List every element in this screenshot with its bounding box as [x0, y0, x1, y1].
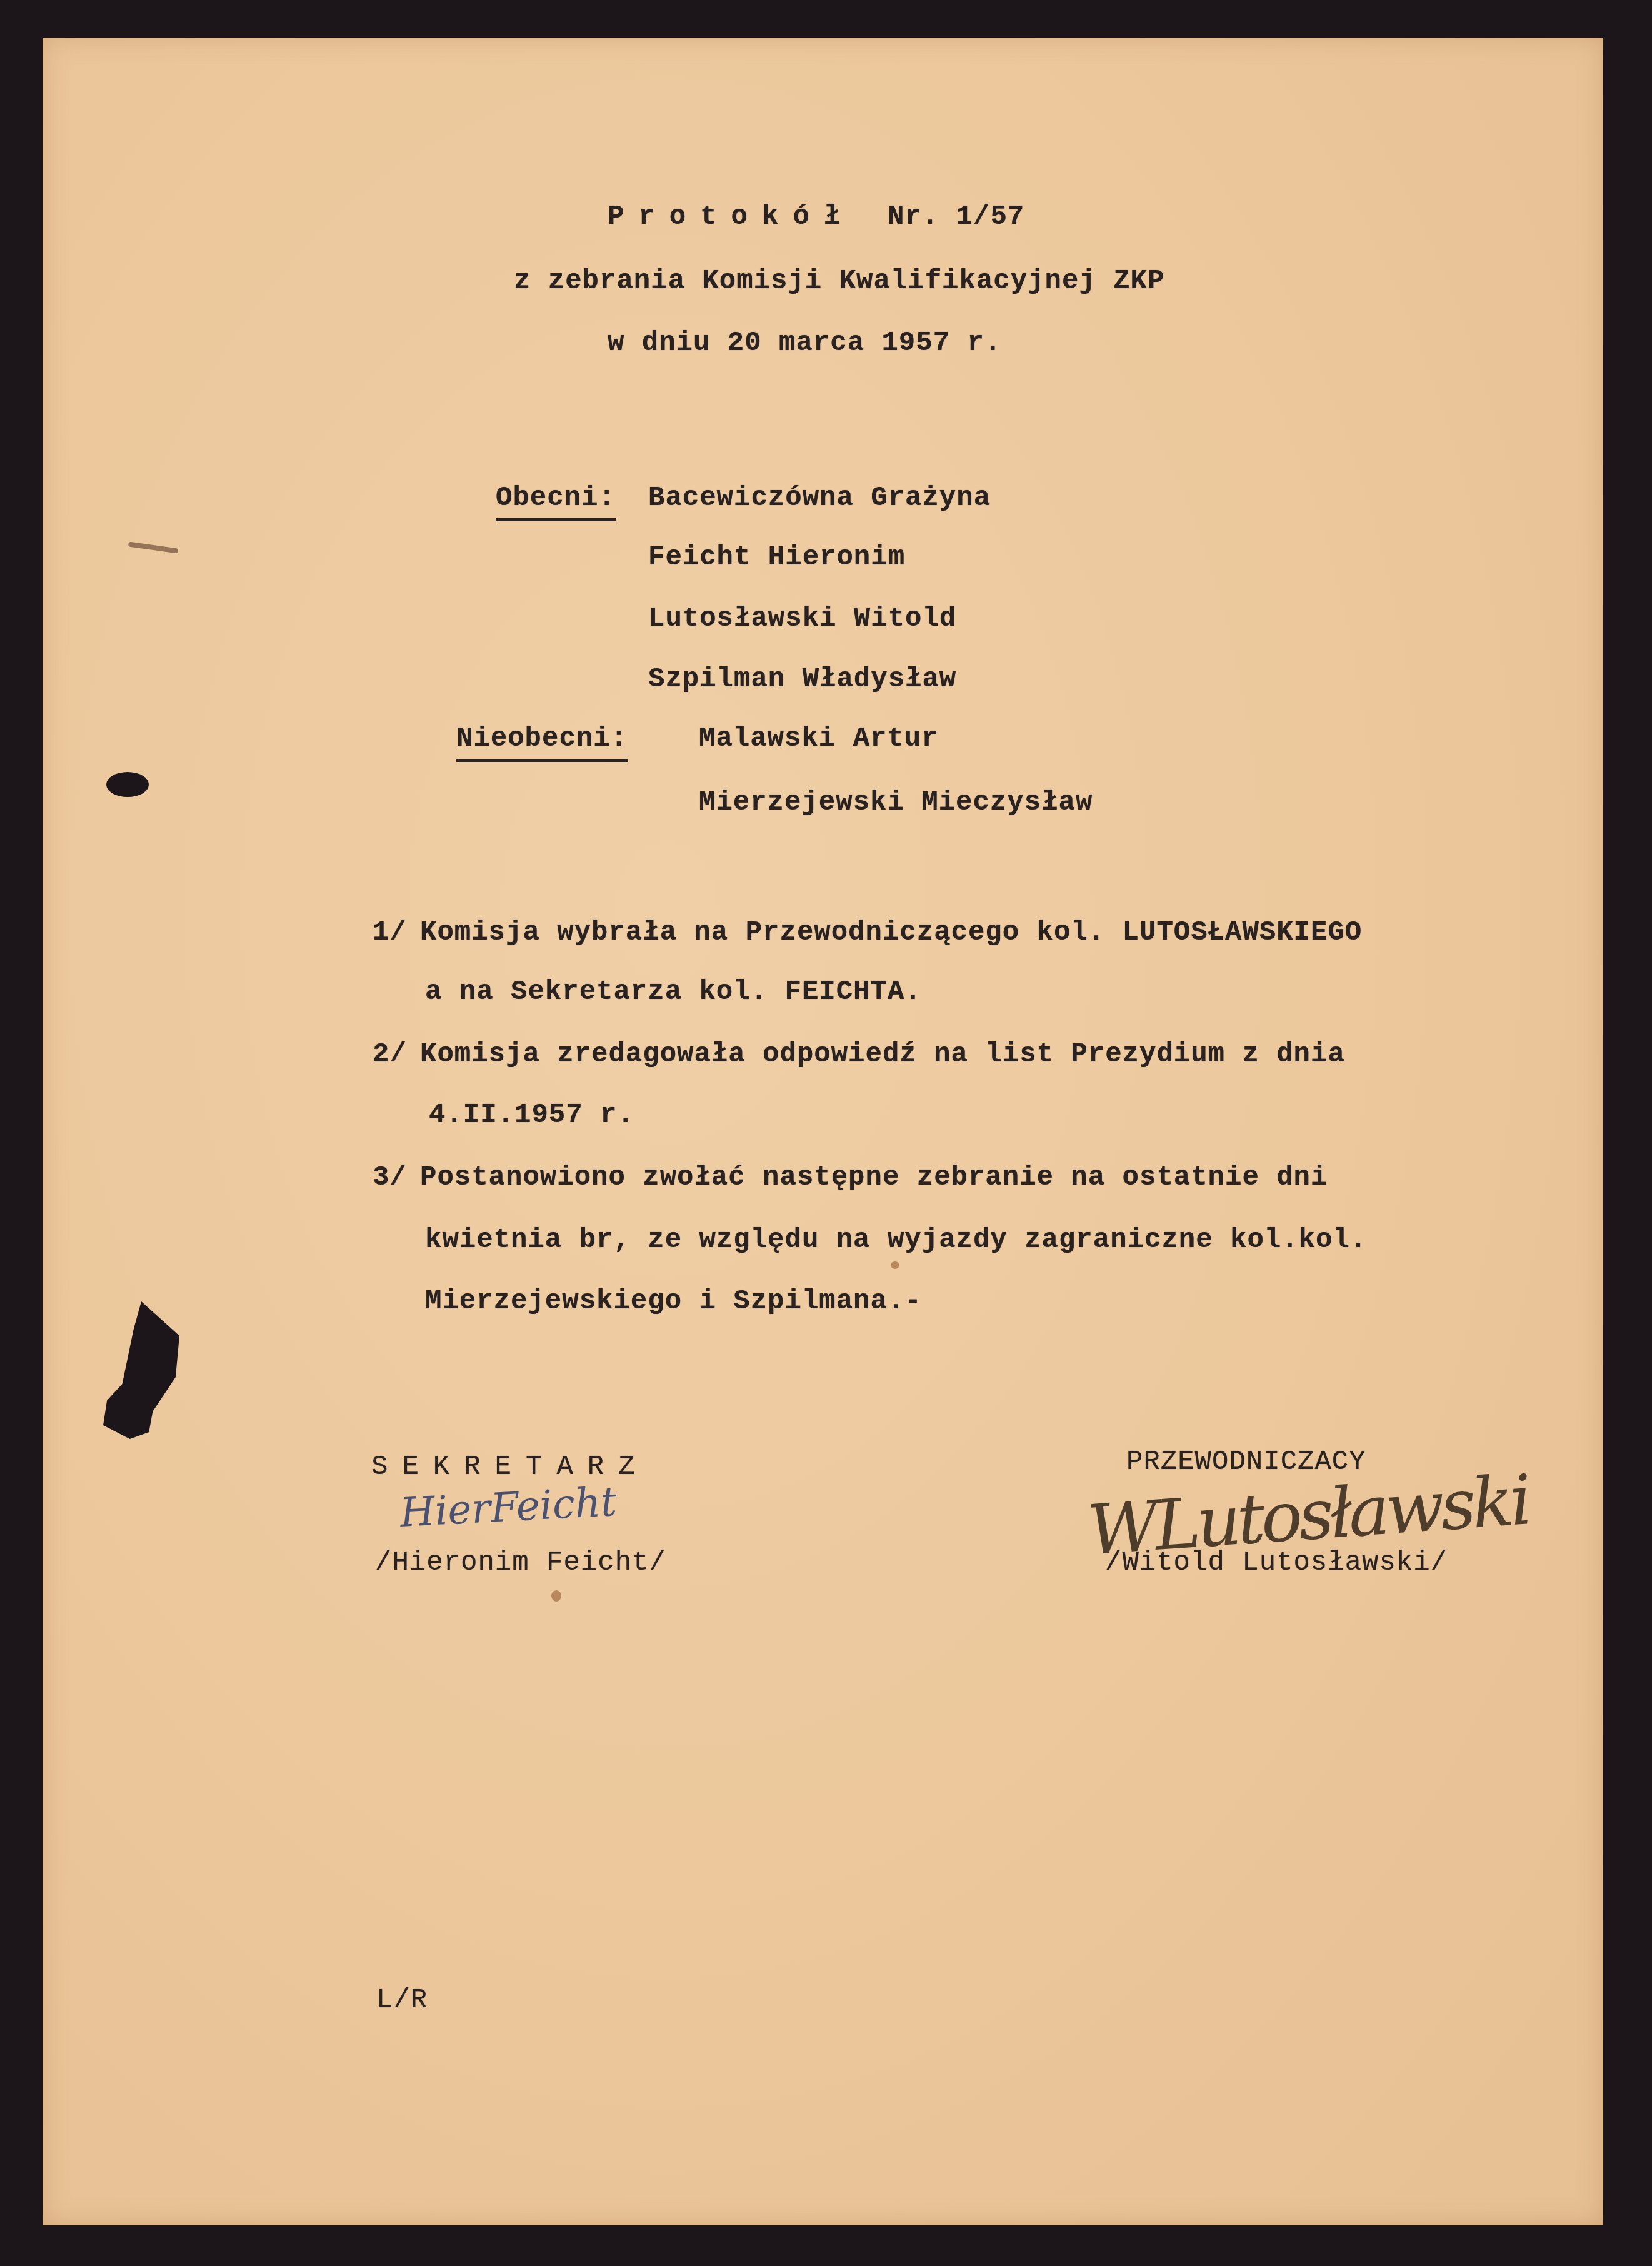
- present-member: Szpilman Władysław: [648, 666, 956, 693]
- chairman-role: PRZEWODNICZACY: [1126, 1448, 1366, 1476]
- ink-stain: [551, 1590, 561, 1602]
- absent-member: Mierzejewski Mieczysław: [699, 789, 1093, 816]
- ink-stain: [891, 1261, 899, 1269]
- document-page: [43, 38, 1603, 2225]
- present-member: Lutosławski Witold: [648, 605, 956, 633]
- chairman-name: /Witold Lutosławski/: [1105, 1549, 1448, 1577]
- present-member: Bacewiczówna Grażyna: [648, 484, 991, 512]
- item-number: 1/: [373, 919, 407, 946]
- item-line: Komisja wybrała na Przewodniczącego kol.…: [420, 919, 1362, 946]
- document-subtitle: z zebrania Komisji Kwalifikacyjnej ZKP: [514, 268, 1164, 295]
- absent-member: Malawski Artur: [699, 725, 939, 753]
- present-label: Obecni:: [496, 484, 616, 521]
- item-line: Postanowiono zwołać następne zebranie na…: [420, 1164, 1328, 1191]
- item-number: 2/: [373, 1041, 407, 1068]
- item-line: Mierzejewskiego i Szpilmana.-: [425, 1288, 922, 1315]
- document-number: Nr. 1/57: [888, 203, 1024, 231]
- item-line: a na Sekretarza kol. FEICHTA.: [425, 978, 922, 1006]
- secretary-name: /Hieronim Feicht/: [375, 1549, 666, 1577]
- document-date: w dniu 20 marca 1957 r.: [608, 329, 1001, 357]
- item-number: 3/: [373, 1164, 407, 1191]
- absent-label: Nieobecni:: [456, 725, 628, 762]
- secretary-role: SEKRETARZ: [371, 1453, 649, 1481]
- present-member: Feicht Hieronim: [648, 544, 905, 571]
- item-line: kwietnia br, ze względu na wyjazdy zagra…: [425, 1226, 1367, 1254]
- document-title-word: Protokół: [608, 203, 854, 231]
- item-line: Komisja zredagowała odpowiedź na list Pr…: [420, 1041, 1345, 1068]
- typist-initials: L/R: [376, 1987, 428, 2014]
- punch-hole: [106, 772, 149, 797]
- item-line: 4.II.1957 r.: [429, 1101, 634, 1129]
